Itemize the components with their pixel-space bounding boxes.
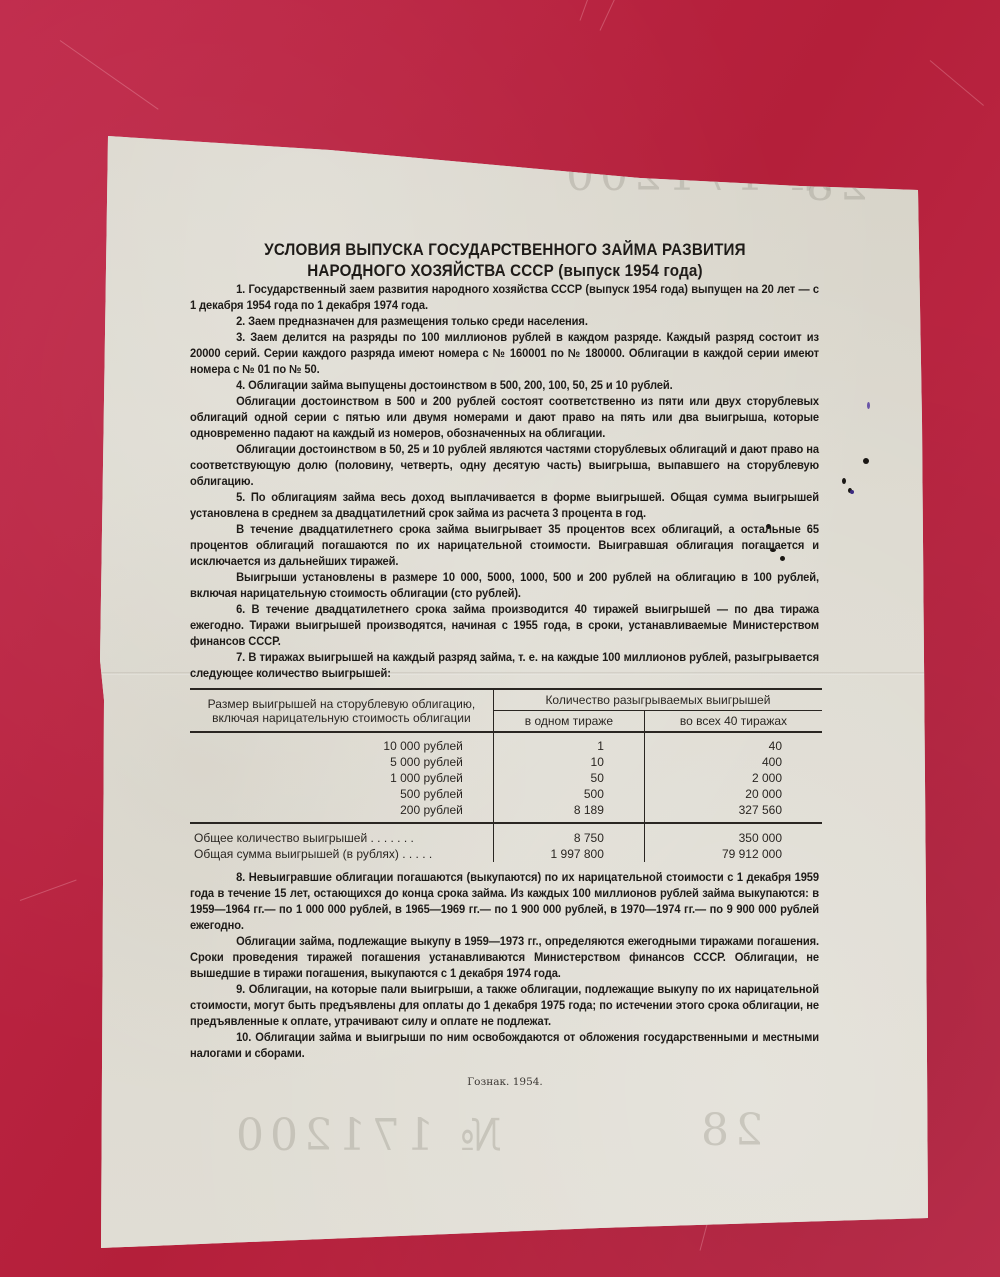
surface-scratch — [930, 60, 984, 106]
all-draws-cell: 2 000 — [644, 770, 822, 786]
document-title: УСЛОВИЯ ВЫПУСКА ГОСУДАРСТВЕННОГО ЗАЙМА Р… — [197, 240, 813, 282]
bleed-through-serial-bottom: № 171200 — [230, 1110, 502, 1161]
ink-spot — [867, 402, 870, 409]
paragraph-2: 2. Заем предназначен для размещения толь… — [190, 314, 819, 330]
prize-cell: 10 000 рублей — [190, 732, 493, 754]
one-draw-cell: 10 — [493, 754, 644, 770]
total-rows: Общее количество выигрышей . . . . . . .… — [190, 823, 822, 862]
bond-sheet: № 171200 28 № 171200 28 УСЛОВИЯ ВЫПУСКА … — [0, 0, 1000, 1277]
prize-rows: 10 000 рублей1405 000 рублей104001 000 р… — [190, 732, 822, 823]
total-row: Общее количество выигрышей . . . . . . .… — [190, 823, 822, 846]
paragraph-4b: Облигации достоинством в 50, 25 и 10 руб… — [190, 442, 819, 490]
paragraph-9: 9. Облигации, на которые пали выигрыши, … — [190, 982, 819, 1030]
header-prize-size: Размер выигрышей на сторублевую облигаци… — [190, 689, 493, 732]
title-line-2: НАРОДНОГО ХОЗЯЙСТВА СССР (выпуск 1954 го… — [197, 261, 813, 282]
table-row: 500 рублей50020 000 — [190, 786, 822, 802]
paragraph-3: 3. Заем делится на разряды по 100 миллио… — [190, 330, 819, 378]
title-line-1: УСЛОВИЯ ВЫПУСКА ГОСУДАРСТВЕННОГО ЗАЙМА Р… — [197, 240, 813, 261]
one-draw-cell: 8 189 — [493, 802, 644, 818]
paragraph-4: 4. Облигации займа выпущены достоинством… — [190, 378, 819, 394]
table-row: 200 рублей8 189327 560 — [190, 802, 822, 818]
header-all-draws: во всех 40 тиражах — [644, 711, 822, 733]
paragraph-1: 1. Государственный заем развития народно… — [190, 282, 819, 314]
ink-spot — [863, 458, 869, 464]
total-one-draw: 8 750 — [493, 823, 644, 846]
paragraph-6: 6. В течение двадцатилетнего срока займа… — [190, 602, 819, 650]
bleed-through-series-top: 28 — [800, 160, 868, 211]
table-row: 10 000 рублей140 — [190, 732, 822, 754]
surface-scratch — [600, 0, 635, 31]
ink-spot — [850, 490, 854, 494]
winnings-table: Размер выигрышей на сторублевую облигаци… — [190, 688, 822, 862]
prize-cell: 1 000 рублей — [190, 770, 493, 786]
header-one-draw: в одном тираже — [493, 711, 644, 733]
prize-cell: 200 рублей — [190, 802, 493, 818]
total-row: Общая сумма выигрышей (в рублях) . . . .… — [190, 846, 822, 862]
bleed-through-series-bottom: 28 — [695, 1105, 763, 1156]
paragraph-5: 5. По облигациям займа весь доход выплач… — [190, 490, 819, 522]
paragraph-8: 8. Невыигравшие облигации погашаются (вы… — [190, 870, 819, 934]
all-draws-cell: 40 — [644, 732, 822, 754]
total-label: Общая сумма выигрышей (в рублях) . . . .… — [190, 846, 493, 862]
surface-scratch — [20, 880, 77, 901]
all-draws-cell: 400 — [644, 754, 822, 770]
total-all-draws: 79 912 000 — [644, 846, 822, 862]
prize-cell: 5 000 рублей — [190, 754, 493, 770]
paragraph-4a: Облигации достоинством в 500 и 200 рубле… — [190, 394, 819, 442]
prize-cell: 500 рублей — [190, 786, 493, 802]
ink-spot — [842, 478, 846, 484]
total-one-draw: 1 997 800 — [493, 846, 644, 862]
paragraph-7: 7. В тиражах выигрышей на каждый разряд … — [190, 650, 819, 682]
bleed-through-serial-top: № 171200 — [560, 150, 832, 201]
table-row: 1 000 рублей502 000 — [190, 770, 822, 786]
header-wins-count: Количество разыгрываемых выигрышей — [493, 689, 822, 711]
one-draw-cell: 1 — [493, 732, 644, 754]
one-draw-cell: 50 — [493, 770, 644, 786]
printer-imprint: Гознак. 1954. — [190, 1076, 820, 1088]
total-all-draws: 350 000 — [644, 823, 822, 846]
paragraph-5b: Выигрыши установлены в размере 10 000, 5… — [190, 570, 819, 602]
paragraph-5a: В течение двадцатилетнего срока займа вы… — [190, 522, 819, 570]
paragraph-10: 10. Облигации займа и выигрыши по ним ос… — [190, 1030, 819, 1062]
loan-terms: УСЛОВИЯ ВЫПУСКА ГОСУДАРСТВЕННОГО ЗАЙМА Р… — [190, 240, 820, 1088]
paragraph-8a: Облигации займа, подлежащие выкупу в 195… — [190, 934, 819, 982]
all-draws-cell: 20 000 — [644, 786, 822, 802]
surface-scratch — [60, 40, 159, 110]
table-row: 5 000 рублей10400 — [190, 754, 822, 770]
all-draws-cell: 327 560 — [644, 802, 822, 818]
total-label: Общее количество выигрышей . . . . . . . — [190, 823, 493, 846]
one-draw-cell: 500 — [493, 786, 644, 802]
